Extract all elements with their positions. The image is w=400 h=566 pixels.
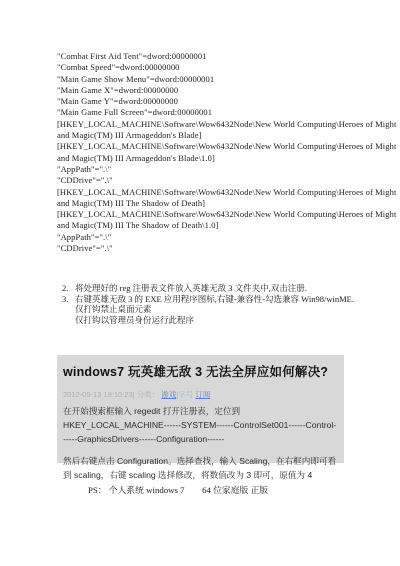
article-highlight-block: windows7 玩英雄无敌 3 无法全屏应如何解决? 2012-05-13 1… xyxy=(57,355,344,463)
registry-line: "Main Game Full Screen"=dword:00000001 xyxy=(57,107,352,118)
article-title: windows7 玩英雄无敌 3 无法全屏应如何解决? xyxy=(57,355,344,380)
registry-line: "Main Game Y"=dword:00000000 xyxy=(57,96,352,107)
registry-text-block: "Combat First Aid Tent"=dword:00000001 "… xyxy=(57,51,352,254)
registry-line: "AppPath"=".\" xyxy=(57,232,352,243)
registry-line: and Magic(TM) III The Shadow of Death\1.… xyxy=(57,220,352,231)
document-page: "Combat First Aid Tent"=dword:00000001 "… xyxy=(0,0,400,566)
step-text: 将处理好的 reg 注册表文件放入英雄无敌 3 文件夹中,双击注册. xyxy=(75,283,307,294)
subscribe-link[interactable]: 订阅 xyxy=(195,390,210,399)
registry-line: [HKEY_LOCAL_MACHINE\Software\Wow6432Node… xyxy=(57,209,352,220)
category-label: 分类： xyxy=(137,390,160,399)
registry-line: and Magic(TM) III The Shadow of Death] xyxy=(57,198,352,209)
ps-note: PS： 个人系统 windows 7 64 位家庭版 正版 xyxy=(88,483,268,496)
step-number: 3. xyxy=(62,294,75,305)
step-subnote: 仅打钩以管理员身份运行此程序 xyxy=(62,315,362,326)
registry-line: and Magic(TM) III Armageddon's Blade\1.0… xyxy=(57,153,352,164)
registry-line: "CDDrive"=".\" xyxy=(57,175,352,186)
step-subnote: 仅打钩禁止桌面元素 xyxy=(62,304,362,315)
registry-line: [HKEY_LOCAL_MACHINE\Software\Wow6432Node… xyxy=(57,187,352,198)
step-number: 2. xyxy=(62,283,75,294)
registry-line: [HKEY_LOCAL_MACHINE\Software\Wow6432Node… xyxy=(57,119,352,130)
article-body: 在开始搜索框输入 regedit 打开注册表，定位到 HKEY_LOCAL_MA… xyxy=(57,400,344,483)
category-link[interactable]: 游戏 xyxy=(161,390,176,399)
registry-line: "Combat First Aid Tent"=dword:00000001 xyxy=(57,51,352,62)
step-text: 右键英雄无敌 3 的 EXE 应用程序图标,右键-兼容性-勾选兼容 Win98/… xyxy=(75,294,354,305)
registry-line: "Main Game Show Menu"=dword:00000001 xyxy=(57,74,352,85)
registry-line: "Combat Speed"=dword:00000000 xyxy=(57,62,352,73)
article-meta: 2012-05-13 18:10:23| 分类： 游戏|字号 订阅 xyxy=(57,380,344,400)
step-item-2: 2. 将处理好的 reg 注册表文件放入英雄无敌 3 文件夹中,双击注册. xyxy=(62,283,362,294)
registry-line: "AppPath"=".\" xyxy=(57,164,352,175)
registry-line: and Magic(TM) III Armageddon's Blade] xyxy=(57,130,352,141)
article-paragraph-2: 然后右键点击 Configuration。选择查找，输入 Scaling，在右框… xyxy=(63,455,338,483)
registry-line: [HKEY_LOCAL_MACHINE\Software\Wow6432Node… xyxy=(57,141,352,152)
article-paragraph-1: 在开始搜索框输入 regedit 打开注册表，定位到 HKEY_LOCAL_MA… xyxy=(63,405,338,446)
step-item-3: 3. 右键英雄无敌 3 的 EXE 应用程序图标,右键-兼容性-勾选兼容 Win… xyxy=(62,294,362,305)
article-datetime: 2012-05-13 18:10:23| xyxy=(63,390,135,399)
instruction-steps: 2. 将处理好的 reg 注册表文件放入英雄无敌 3 文件夹中,双击注册. 3.… xyxy=(62,283,362,325)
registry-line: "Main Game X"=dword:00000000 xyxy=(57,85,352,96)
registry-line: "CDDrive"=".\" xyxy=(57,243,352,254)
fontsize-label: |字号 xyxy=(176,390,193,399)
